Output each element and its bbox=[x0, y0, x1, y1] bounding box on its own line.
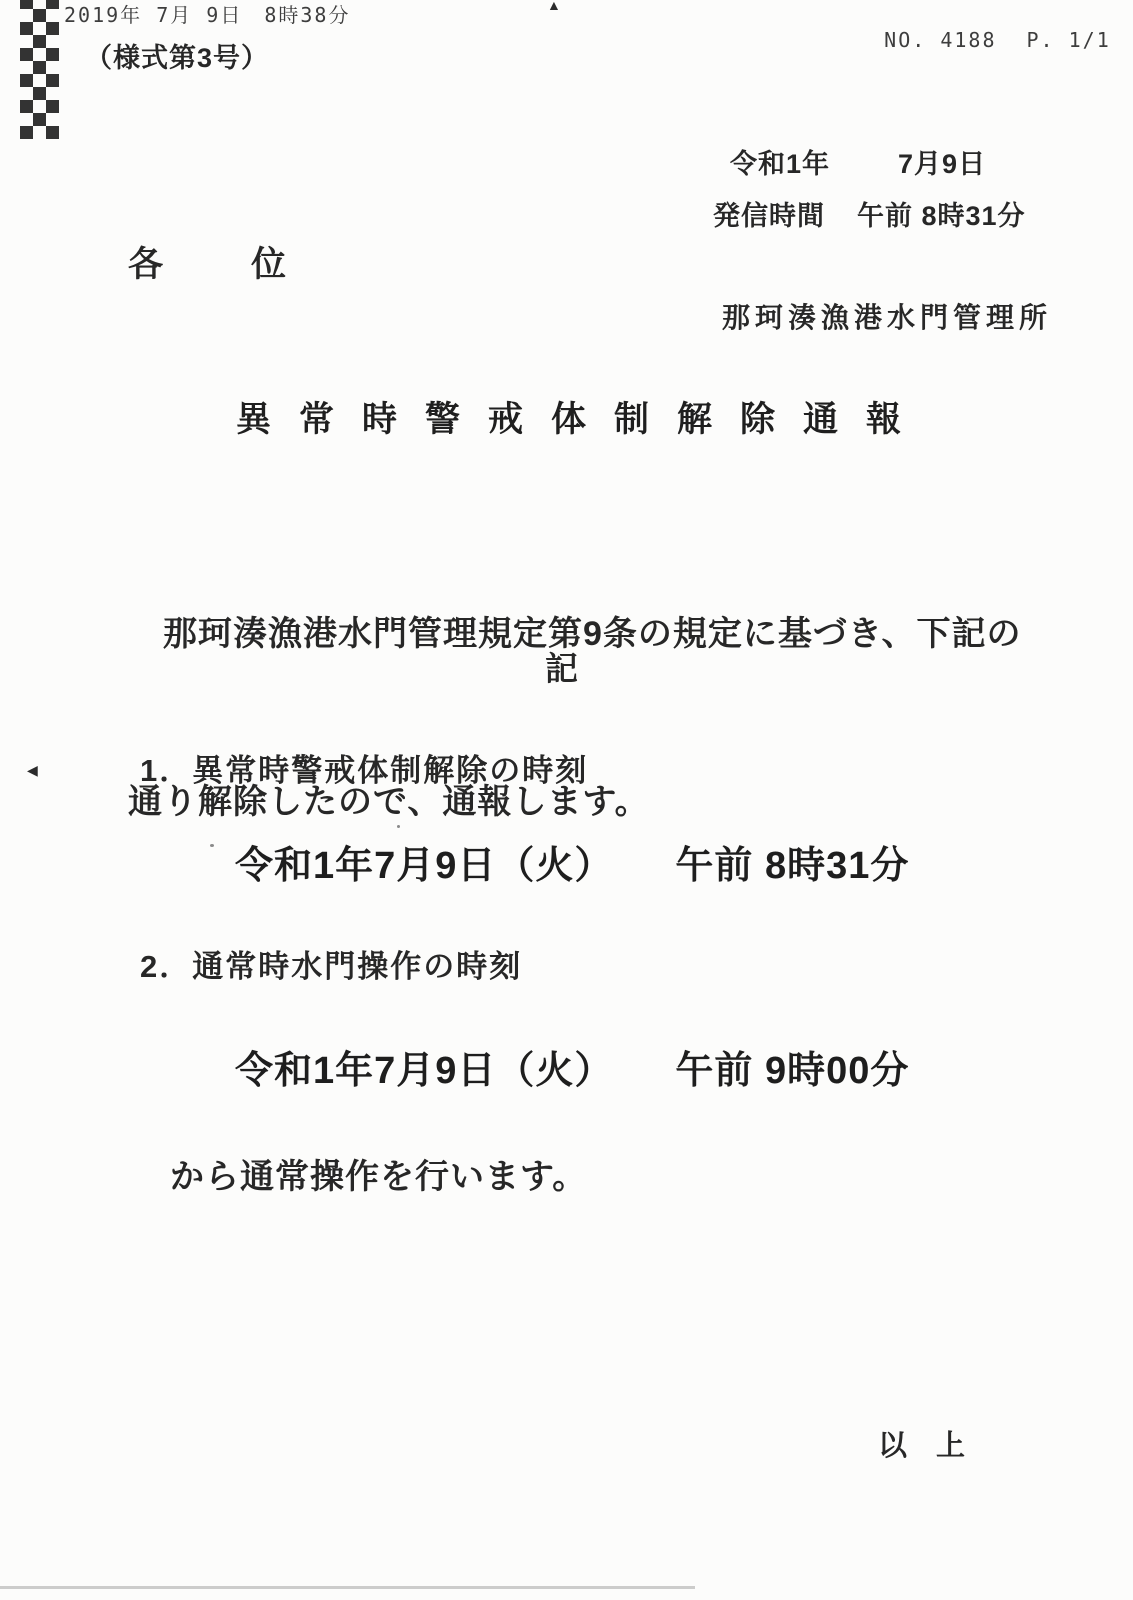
item1-time: 午前 8時31分 bbox=[675, 843, 909, 891]
checker-cell bbox=[46, 48, 59, 61]
checker-cell bbox=[46, 22, 59, 35]
checker-cell bbox=[20, 74, 33, 87]
checker-cell bbox=[46, 74, 59, 87]
scan-edge-line bbox=[0, 1586, 695, 1589]
item2-date: 令和1年7月9日（火） bbox=[235, 1048, 613, 1096]
checker-cell bbox=[46, 100, 59, 113]
issue-date-era-year: 令和1年 bbox=[730, 148, 830, 182]
fax-doc-number: NO. 4188 bbox=[884, 28, 996, 52]
issue-date-line: 令和1年 7月9日 bbox=[730, 148, 986, 182]
checker-cell bbox=[33, 87, 46, 100]
send-time-value: 午前 8時31分 bbox=[857, 200, 1026, 234]
item1-date: 令和1年7月9日（火） bbox=[235, 843, 613, 891]
checker-cell bbox=[20, 126, 33, 139]
recipient-line: 各 位 bbox=[128, 243, 292, 287]
issue-date-month-day: 7月9日 bbox=[898, 148, 986, 182]
item2-heading: 2．通常時水門操作の時刻 bbox=[140, 948, 522, 987]
sender-organization: 那珂湊漁港水門管理所 bbox=[722, 300, 1052, 335]
fax-checker-pattern bbox=[20, 0, 59, 139]
send-time-label: 発信時間 bbox=[713, 200, 825, 234]
left-margin-marker-icon: ◀ bbox=[27, 762, 38, 780]
scan-artifact-dot bbox=[210, 844, 214, 847]
checker-cell bbox=[46, 0, 59, 9]
fax-page-info: NO. 4188P. 1/1 bbox=[828, 3, 1111, 78]
item1-time-line: 令和1年7月9日（火） 午前 8時31分 bbox=[235, 843, 909, 891]
checker-cell bbox=[33, 35, 46, 48]
document-title: 異常時警戒体制解除通報 bbox=[236, 398, 929, 442]
checker-cell bbox=[20, 100, 33, 113]
checker-cell bbox=[33, 9, 46, 22]
checker-cell bbox=[33, 61, 46, 74]
fax-page-number: P. 1/1 bbox=[1027, 28, 1111, 52]
closing-mark: 以 上 bbox=[878, 1428, 965, 1464]
checker-cell bbox=[33, 113, 46, 126]
scan-artifact-dot bbox=[397, 825, 400, 828]
fax-datetime: 2019年 7月 9日 8時38分 bbox=[64, 3, 350, 28]
checker-cell bbox=[20, 0, 33, 9]
page-top-marker-icon: ▲ bbox=[547, 0, 561, 15]
closing-note: から通常操作を行います。 bbox=[170, 1156, 587, 1199]
item2-time-line: 令和1年7月9日（火） 午前 9時00分 bbox=[235, 1048, 909, 1096]
form-number-label: （様式第3号） bbox=[85, 42, 269, 76]
checker-cell bbox=[46, 126, 59, 139]
checker-cell bbox=[20, 48, 33, 61]
fax-document-page: 2019年 7月 9日 8時38分 ▲ NO. 4188P. 1/1 （様式第3… bbox=[0, 0, 1133, 1600]
checker-cell bbox=[20, 22, 33, 35]
send-time-line: 発信時間 午前 8時31分 bbox=[713, 200, 1026, 234]
item1-heading: 1．異常時警戒体制解除の時刻 bbox=[140, 752, 588, 791]
record-marker: 記 bbox=[545, 648, 578, 689]
item2-time: 午前 9時00分 bbox=[675, 1048, 909, 1096]
